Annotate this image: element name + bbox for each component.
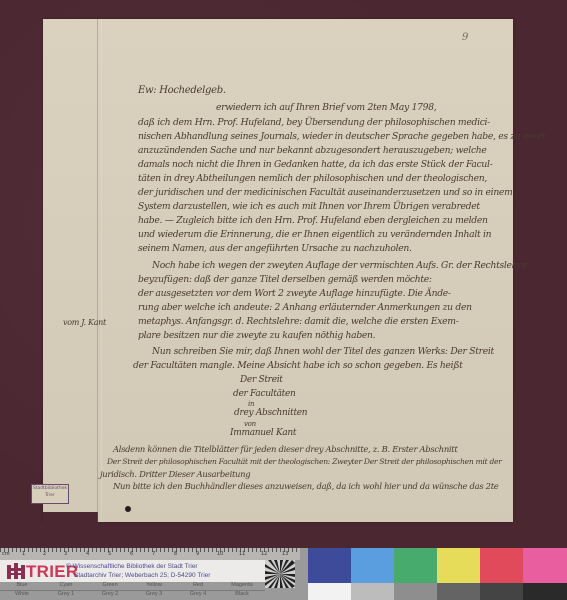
letter-line: der Facultäten mangle. Meine Absicht hab… <box>133 360 463 371</box>
color-name: Cyan <box>44 582 88 588</box>
ruler-label: 10 <box>217 551 223 557</box>
color-patch-blue <box>308 548 351 583</box>
color-target-strip: cm 1 2 3 4 5 6 7 8 9 10 11 12 13 TRIER ©… <box>0 548 567 600</box>
title-block-line: drey Abschnitten <box>234 408 307 418</box>
ruler-numbers: cm 1 2 3 4 5 6 7 8 9 10 11 12 13 <box>0 551 300 560</box>
grey-patch-3 <box>437 583 480 600</box>
ruler-label: 8 <box>174 551 177 557</box>
color-patch-green <box>394 548 437 583</box>
ruler-label: 6 <box>130 551 133 557</box>
letter-line: nischen Abhandlung seines Journals, wied… <box>138 131 546 142</box>
color-name: Red <box>176 582 220 588</box>
grey-name: Black <box>220 591 264 597</box>
letter-line: Der Streit der philosophischen Facultät … <box>107 457 502 466</box>
ruler-label: 12 <box>261 551 267 557</box>
letter-line: der ausgesetzten vor dem Wort 2 zweyte A… <box>138 288 451 299</box>
torn-edge <box>43 512 98 524</box>
grey-name: Grey 4 <box>176 591 220 597</box>
salutation: Ew: Hochedelgeb. <box>138 85 226 96</box>
grey-patch-white <box>308 583 351 600</box>
color-patch-magenta <box>523 548 567 583</box>
ruler-label: 1 <box>22 551 25 557</box>
ink-blot <box>125 506 131 512</box>
letter-line: System darzustellen, wie ich es auch mit… <box>138 201 480 212</box>
letter-line: habe. — Zugleich bitte ich den Hrn. Prof… <box>138 215 488 226</box>
title-block-line: der Facultäten <box>233 389 296 399</box>
ruler-label: 3 <box>64 551 67 557</box>
letter-line: seinem Namen, aus der angeführten Ursach… <box>138 243 412 254</box>
grey-name: Grey 1 <box>44 591 88 597</box>
letter-line: metaphys. Anfangsgr. d. Rechtslehre: dam… <box>138 316 459 327</box>
ruler-label: 11 <box>239 551 245 557</box>
address-line: Stadtarchiv Trier; Weberbach 25; D-54290… <box>74 572 210 579</box>
fold-highlight <box>101 19 102 522</box>
letter-line: juridisch. Dritter Dieser Ausarbeitung <box>100 469 250 479</box>
letter-line: Noch habe ich wegen der zweyten Auflage … <box>152 260 527 271</box>
grey-patch-black <box>523 583 567 600</box>
ruler-label: 7 <box>152 551 155 557</box>
color-patch-yellow <box>437 548 480 583</box>
grey-name: Grey 3 <box>132 591 176 597</box>
letter-line: Nun schreiben Sie mir, daß Ihnen wohl de… <box>152 346 494 357</box>
letter-line: und wiederum die Erinnerung, die er Ihne… <box>138 229 491 240</box>
color-name: Magenta <box>220 582 264 588</box>
ruler-label: 5 <box>108 551 111 557</box>
letter-line: Nun bitte ich den Buchhändler dieses anz… <box>113 481 498 491</box>
page-number: 9 <box>462 32 468 43</box>
grey-patch-2 <box>394 583 437 600</box>
letter-line: beyzufügen: daß der ganze Titel derselbe… <box>138 274 432 285</box>
color-name: Green <box>88 582 132 588</box>
letter-line: daß ich dem Hrn. Prof. Hufeland, bey Übe… <box>138 117 490 128</box>
title-block-line: von <box>244 420 256 428</box>
ruler-label: 9 <box>196 551 199 557</box>
color-patch-red <box>480 548 523 583</box>
grey-patch-1 <box>351 583 394 600</box>
title-block-line: Der Streit <box>240 375 283 385</box>
starburst-icon <box>265 560 295 588</box>
library-stamp: Stadtbibliothek Trier <box>31 484 69 504</box>
letter-line: erwiedern ich auf Ihren Brief vom 2ten M… <box>216 102 436 113</box>
grey-patch-4 <box>480 583 523 600</box>
letter-line: plare besitzen nur die zweyte zu kaufen … <box>138 330 375 341</box>
color-name: Yellow <box>132 582 176 588</box>
ruler-label: 2 <box>43 551 46 557</box>
grey-name: White <box>0 591 44 597</box>
trier-logo-icon <box>7 563 25 579</box>
ruler-label: cm <box>2 551 10 557</box>
title-block-line: in <box>248 400 254 408</box>
letter-line: anzuzündenden Sache und nur bekannt abzu… <box>138 145 487 156</box>
color-patch-cyan <box>351 548 394 583</box>
color-name: Blue <box>0 582 44 588</box>
margin-note: vom J. Kant <box>63 318 106 327</box>
letter-line: rung aber welche ich andeute: 2 Anhang e… <box>138 302 472 313</box>
stamp-line: Trier <box>32 492 68 499</box>
letter-line: damals noch nicht die Ihren in Gedanken … <box>138 159 493 170</box>
copyright-line: © Wissenschaftliche Bibliothek der Stadt… <box>66 563 198 570</box>
grey-name: Grey 2 <box>88 591 132 597</box>
letter-line: täten in drey Abtheilungen nemlich der p… <box>138 173 487 184</box>
ruler-label: 13 <box>282 551 288 557</box>
fold-line <box>97 19 98 522</box>
letter-line: der juridischen und der medicinischen Fa… <box>138 187 512 198</box>
stamp-line: Stadtbibliothek <box>32 485 68 492</box>
letter-line: Alsdenn können die Titelblätter für jede… <box>113 444 457 454</box>
title-block-line: Immanuel Kant <box>230 428 296 438</box>
ruler-label: 4 <box>86 551 89 557</box>
